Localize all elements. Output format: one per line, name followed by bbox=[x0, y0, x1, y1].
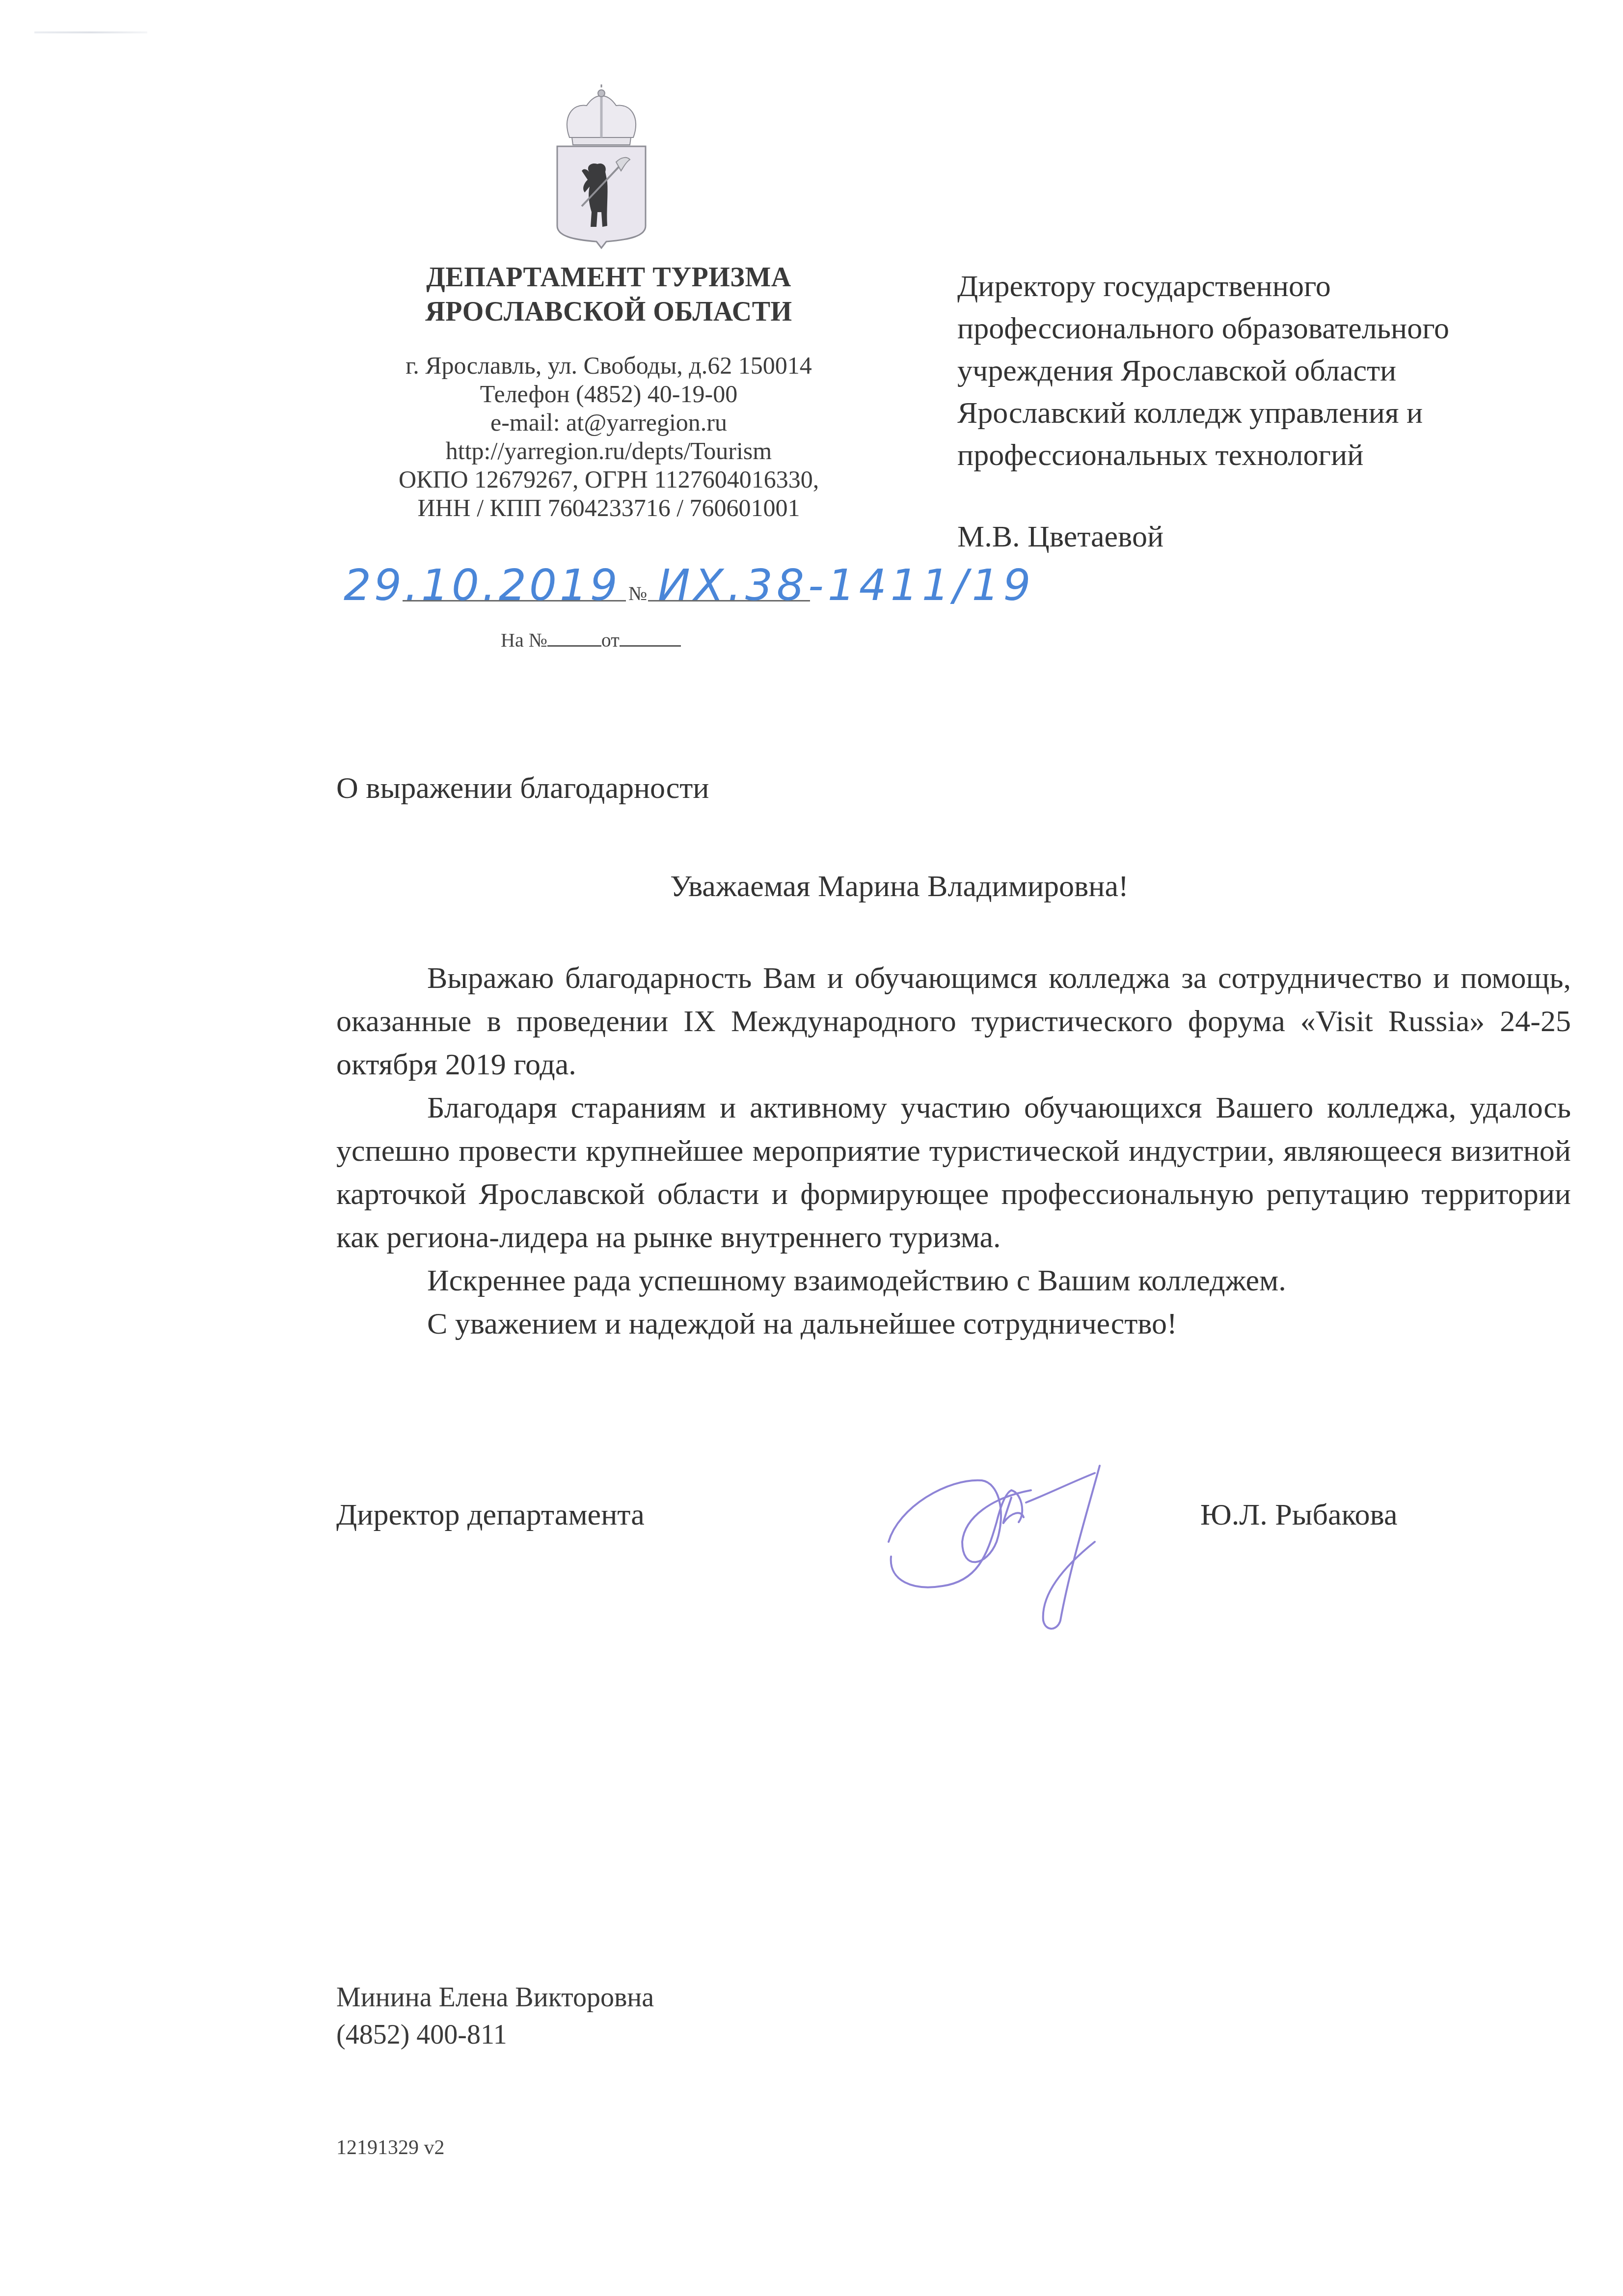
recipient-line: профессиональных технологий bbox=[957, 434, 1596, 476]
body-paragraph: Благодаря стараниям и активному участию … bbox=[336, 1086, 1571, 1259]
handwritten-signature-icon bbox=[864, 1444, 1119, 1650]
signatory-name: Ю.Л. Рыбакова bbox=[1200, 1498, 1397, 1532]
department-email: e-mail: at@yarregion.ru bbox=[324, 408, 893, 437]
registration-date: 29.10.2019 bbox=[344, 560, 621, 610]
reference-number-blank bbox=[547, 645, 601, 647]
recipient-line: Ярославский колледж управления и bbox=[957, 392, 1596, 434]
body-paragraph: Выражаю благодарность Вам и обучающимся … bbox=[336, 957, 1571, 1086]
registration-number: ИХ.38-1411/19 bbox=[658, 560, 1034, 610]
department-address: г. Ярославль, ул. Свободы, д.62 150014 bbox=[324, 351, 893, 380]
coat-of-arms-icon bbox=[542, 83, 660, 250]
executor-block: Минина Елена Викторовна (4852) 400-811 bbox=[336, 1979, 654, 2053]
letter-body: Выражаю благодарность Вам и обучающимся … bbox=[336, 957, 1571, 1345]
department-website: http://yarregion.ru/depts/Tourism bbox=[324, 437, 893, 465]
body-paragraph: С уважением и надеждой на дальнейшее сот… bbox=[336, 1302, 1571, 1345]
reference-line: На №от bbox=[501, 629, 681, 652]
department-title: ДЕПАРТАМЕНТ ТУРИЗМА ЯРОСЛАВСКОЙ ОБЛАСТИ bbox=[363, 260, 854, 329]
department-title-line-2: ЯРОСЛАВСКОЙ ОБЛАСТИ bbox=[363, 295, 854, 329]
department-contacts: г. Ярославль, ул. Свободы, д.62 150014 Т… bbox=[324, 351, 893, 522]
letter-subject: О выражении благодарности bbox=[336, 771, 709, 806]
recipient-block: Директору государственного профессиональ… bbox=[957, 265, 1596, 476]
executor-name: Минина Елена Викторовна bbox=[336, 1979, 654, 2016]
recipient-line: учреждения Ярославской области bbox=[957, 350, 1596, 392]
reference-from: от bbox=[601, 629, 620, 651]
recipient-line: профессионального образовательного bbox=[957, 307, 1596, 350]
signatory-position: Директор департамента bbox=[336, 1498, 645, 1532]
department-phone: Телефон (4852) 40-19-00 bbox=[324, 380, 893, 408]
department-title-line-1: ДЕПАРТАМЕНТ ТУРИЗМА bbox=[363, 260, 854, 295]
executor-phone: (4852) 400-811 bbox=[336, 2016, 654, 2053]
body-paragraph: Искреннее рада успешному взаимодействию … bbox=[336, 1259, 1571, 1302]
number-sign: № bbox=[628, 582, 647, 605]
recipient-line: Директору государственного bbox=[957, 265, 1596, 307]
department-codes-2: ИНН / КПП 7604233716 / 760601001 bbox=[324, 493, 893, 522]
letter-greeting: Уважаемая Марина Владимировна! bbox=[670, 869, 1129, 904]
document-id: 12191329 v2 bbox=[336, 2136, 445, 2159]
recipient-name: М.В. Цветаевой bbox=[957, 516, 1163, 558]
reference-prefix: На № bbox=[501, 629, 547, 651]
department-codes-1: ОКПО 12679267, ОГРН 1127604016330, bbox=[324, 465, 893, 493]
reference-date-blank bbox=[620, 645, 681, 647]
scan-artifact bbox=[34, 31, 147, 33]
